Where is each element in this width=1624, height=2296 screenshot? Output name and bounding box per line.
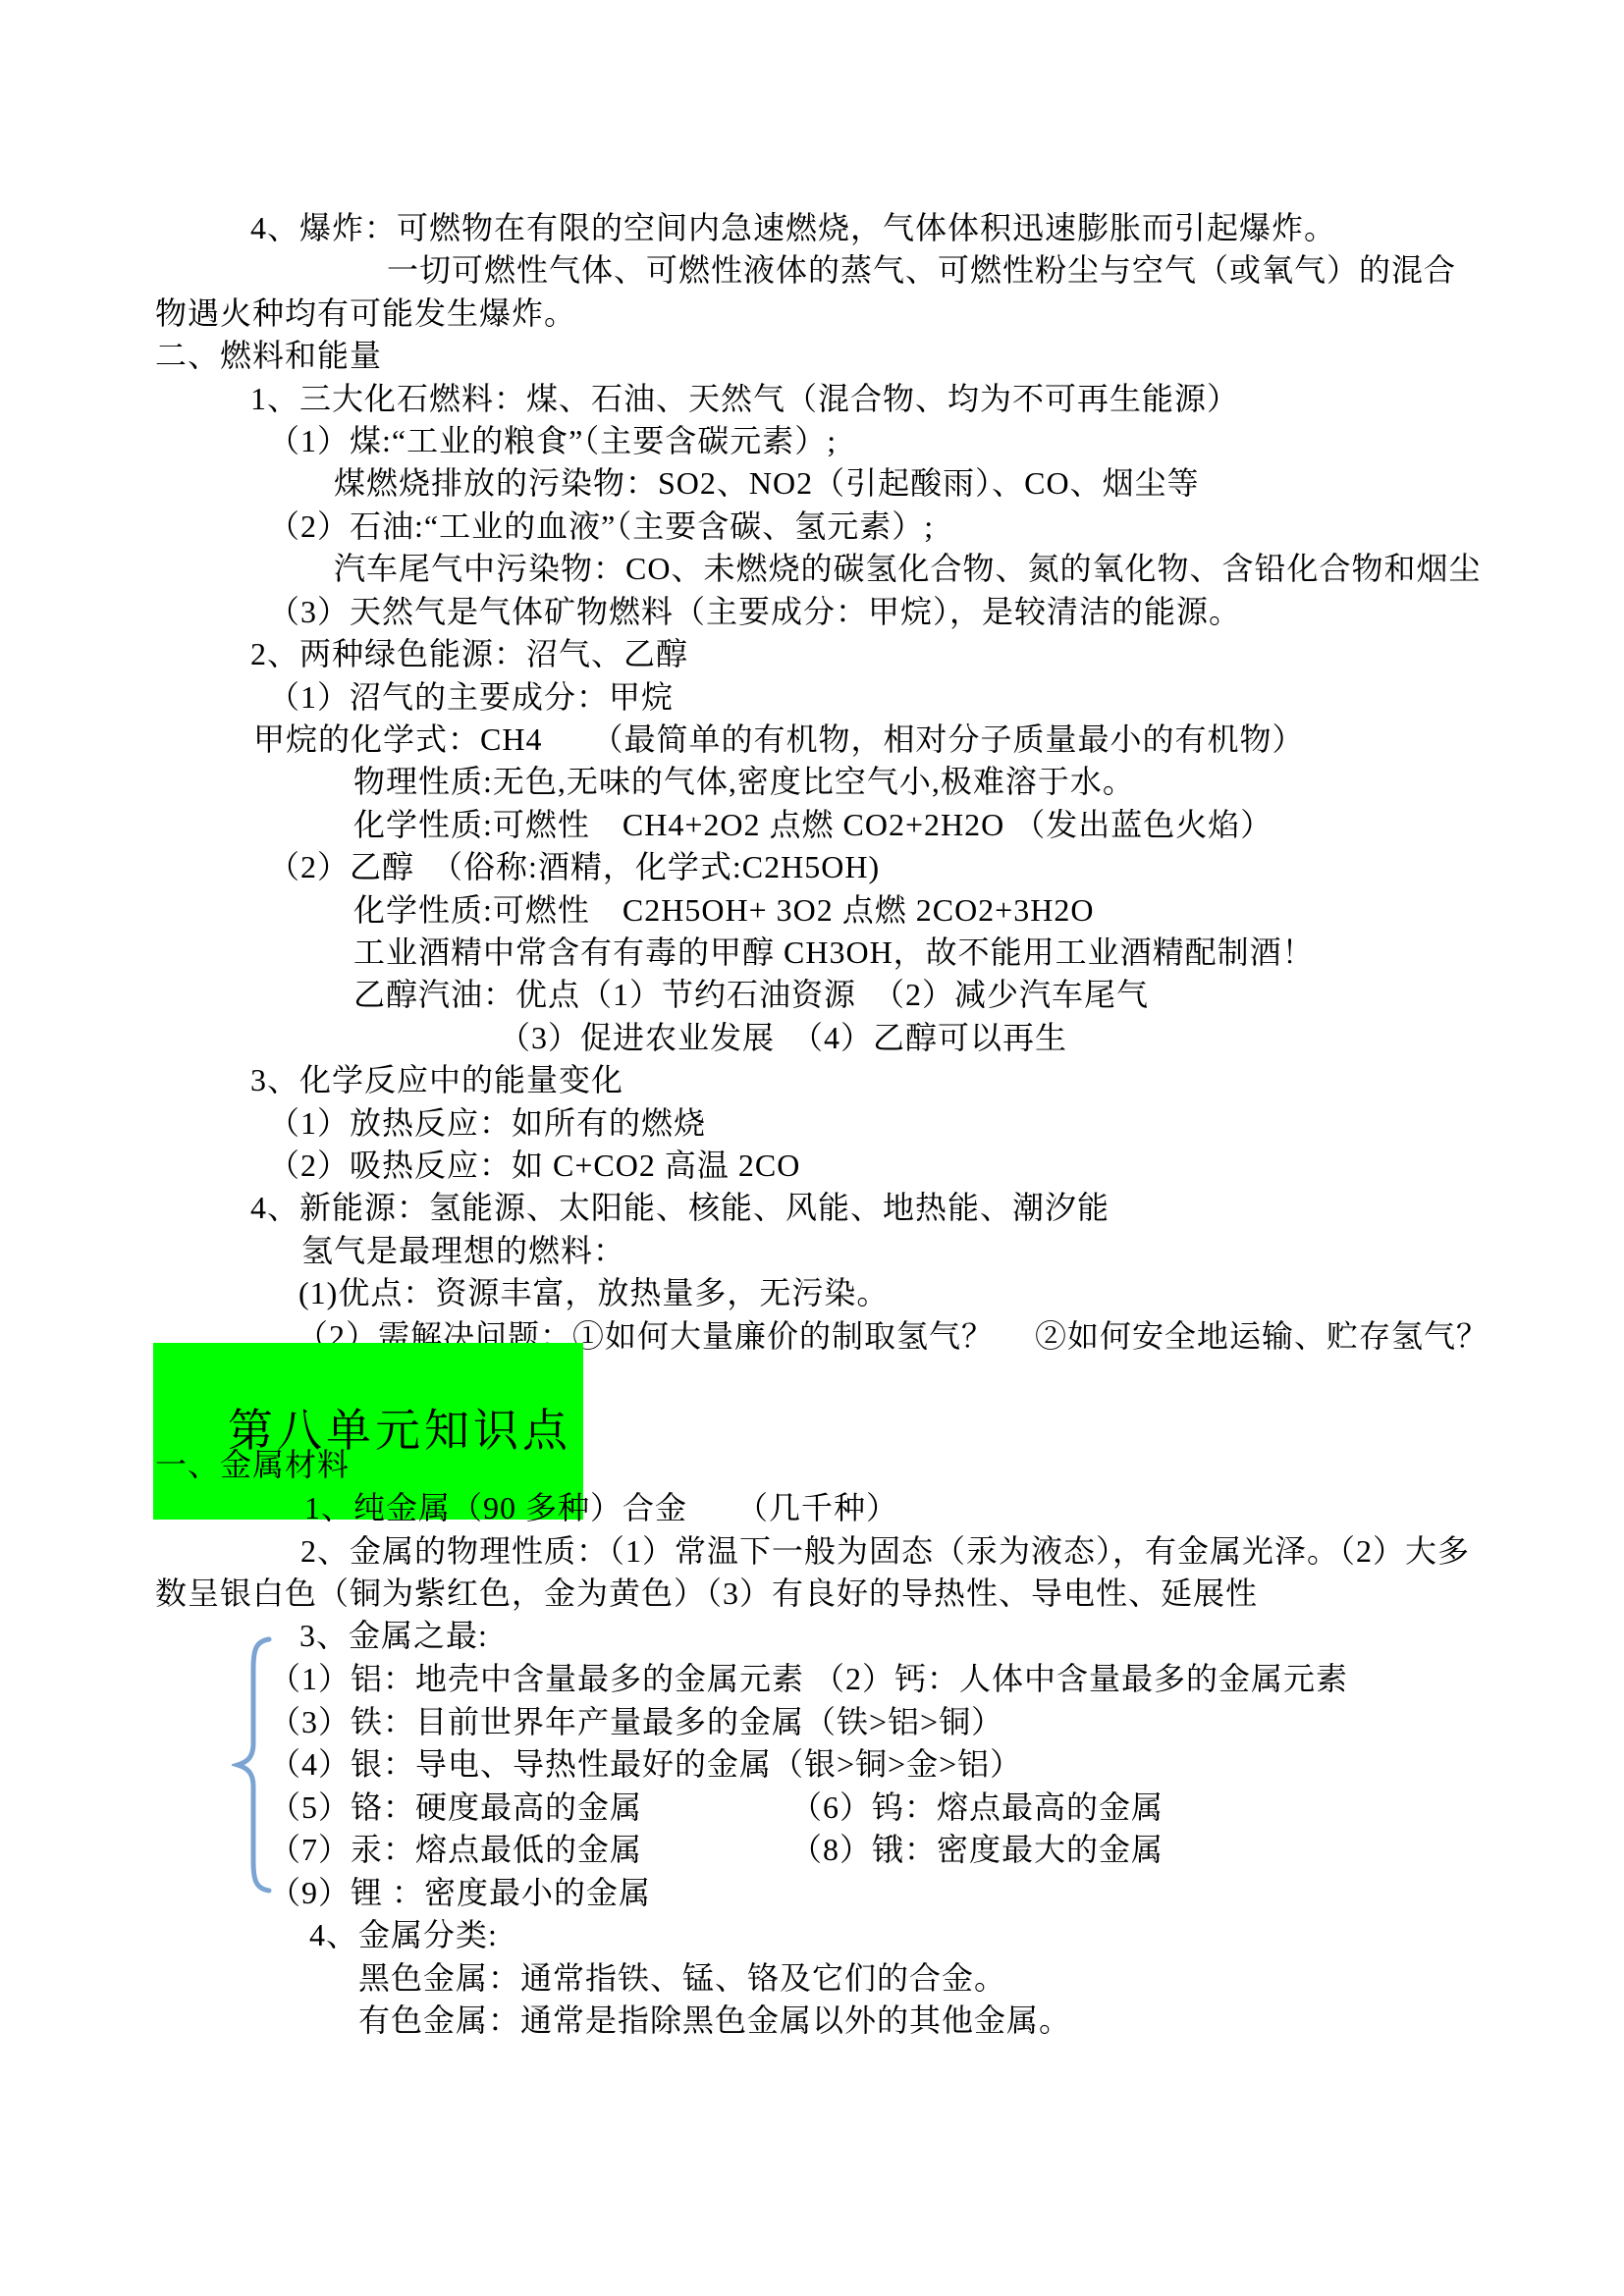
text-line-methane-chemical: 化学性质:可燃性 CH4+2O2 点燃 CO2+2H2O （发出蓝色火焰） — [353, 805, 1272, 844]
text-line-energy-change: 3、化学反应中的能量变化 — [250, 1060, 623, 1099]
text-line-hydrogen-ideal: 氢气是最理想的燃料： — [301, 1231, 625, 1270]
text-line-aluminum-calcium: （1）铝：地壳中含量最多的金属元素 （2）钙：人体中含量最多的金属元素 — [269, 1659, 1348, 1698]
left-brace — [232, 1635, 275, 1895]
document-page: 4、爆炸：可燃物在有限的空间内急速燃烧，气体体积迅速膨胀而引起爆炸。 一切可燃性… — [0, 0, 1624, 2296]
text-line-methane-formula: 甲烷的化学式：CH4 （最简单的有机物，相对分子质量最小的有机物） — [253, 720, 1304, 759]
text-line-iron: （3）铁：目前世界年产量最多的金属（铁>铝>铜） — [269, 1702, 1003, 1741]
text-line-coal-pollutants: 煤燃烧排放的污染物：SO2、NO2（引起酸雨）、CO、烟尘等 — [334, 463, 1200, 503]
text-line-metal-physical: 2、金属的物理性质：（1）常温下一般为固态（汞为液态），有金属光泽。（2）大多 — [300, 1531, 1470, 1571]
text-line-ethanol-chemical: 化学性质:可燃性 C2H5OH+ 3O2 点燃 2CO2+3H2O — [353, 890, 1094, 930]
text-line-ethanol-benefits: （3）促进农业发展 （4）乙醇可以再生 — [499, 1018, 1067, 1057]
text-line-explosion-cont: 一切可燃性气体、可燃性液体的蒸气、可燃性粉尘与空气（或氧气）的混合 — [387, 250, 1456, 290]
text-line-tungsten: （6）钨：熔点最高的金属 — [790, 1788, 1164, 1827]
text-line-hydrogen-pros: (1)优点：资源丰富，放热量多，无污染。 — [298, 1273, 889, 1312]
text-line-coal: （1）煤:“工业的粮食”（主要含碳元素）; — [268, 421, 837, 460]
left-brace-path — [238, 1639, 269, 1891]
text-line-nonferrous-metal: 有色金属：通常是指除黑色金属以外的其他金属。 — [358, 2001, 1071, 2040]
text-line-industrial-alcohol: 工业酒精中常含有有毒的甲醇 CH3OH，故不能用工业酒精配制酒！ — [353, 933, 1315, 972]
text-line-metal-classification: 4、金属分类: — [309, 1915, 498, 1954]
text-line-green-energy: 2、两种绿色能源：沼气、乙醇 — [250, 634, 688, 673]
text-line-exothermic: （1）放热反应：如所有的燃烧 — [268, 1103, 706, 1143]
section-title-metal-materials: 一、金属材料 — [155, 1445, 350, 1484]
text-line-exhaust-pollutants: 汽车尾气中污染物：CO、未燃烧的碳氢化合物、氮的氧化物、含铅化合物和烟尘 — [334, 549, 1481, 588]
text-line-ethanol-gasoline: 乙醇汽油：优点（1）节约石油资源 （2）减少汽车尾气 — [353, 975, 1149, 1014]
text-line-metal-physical-cont: 数呈银白色（铜为紫红色，金为黄色）（3）有良好的导热性、导电性、延展性 — [155, 1574, 1258, 1613]
text-line-ferrous-metal: 黑色金属：通常指铁、锰、铬及它们的合金。 — [358, 1958, 1006, 1998]
text-line-biogas: （1）沼气的主要成分：甲烷 — [268, 677, 674, 717]
text-line-metal-records-title: 3、金属之最: — [299, 1616, 488, 1655]
text-line-petroleum: （2）石油:“工业的血液”（主要含碳、氢元素）; — [268, 507, 934, 546]
text-line-osmium: （8）锇：密度最大的金属 — [790, 1830, 1164, 1869]
text-line-ethanol: （2）乙醇 （俗称:酒精，化学式:C2H5OH) — [268, 847, 880, 886]
text-line-pure-metal: 1、纯金属（90 多种）合金 （几千种） — [304, 1488, 898, 1527]
section-title-fuel-energy: 二、燃料和能量 — [155, 336, 382, 375]
text-line-methane-physical: 物理性质:无色,无味的气体,密度比空气小,极难溶于水。 — [353, 762, 1135, 801]
text-line-fossil-fuels: 1、三大化石燃料：煤、石油、天然气（混合物、均为不可再生能源） — [250, 379, 1239, 418]
text-line-chromium: （5）铬：硬度最高的金属 — [269, 1788, 642, 1827]
text-line-natural-gas: （3）天然气是气体矿物燃料（主要成分：甲烷），是较清洁的能源。 — [268, 592, 1241, 631]
text-line-mercury: （7）汞：熔点最低的金属 — [269, 1830, 642, 1869]
text-line-lithium: （9）锂 ：密度最小的金属 — [269, 1873, 651, 1912]
text-line-new-energy: 4、新能源：氢能源、太阳能、核能、风能、地热能、潮汐能 — [250, 1188, 1110, 1227]
text-line-endothermic: （2）吸热反应：如 C+CO2 高温 2CO — [268, 1146, 800, 1185]
text-line-silver: （4）银：导电、导热性最好的金属（银>铜>金>铝） — [269, 1744, 1022, 1784]
text-line-explosion-end: 物遇火种均有可能发生爆炸。 — [155, 294, 576, 333]
text-line-explosion: 4、爆炸：可燃物在有限的空间内急速燃烧，气体体积迅速膨胀而引起爆炸。 — [250, 208, 1336, 247]
